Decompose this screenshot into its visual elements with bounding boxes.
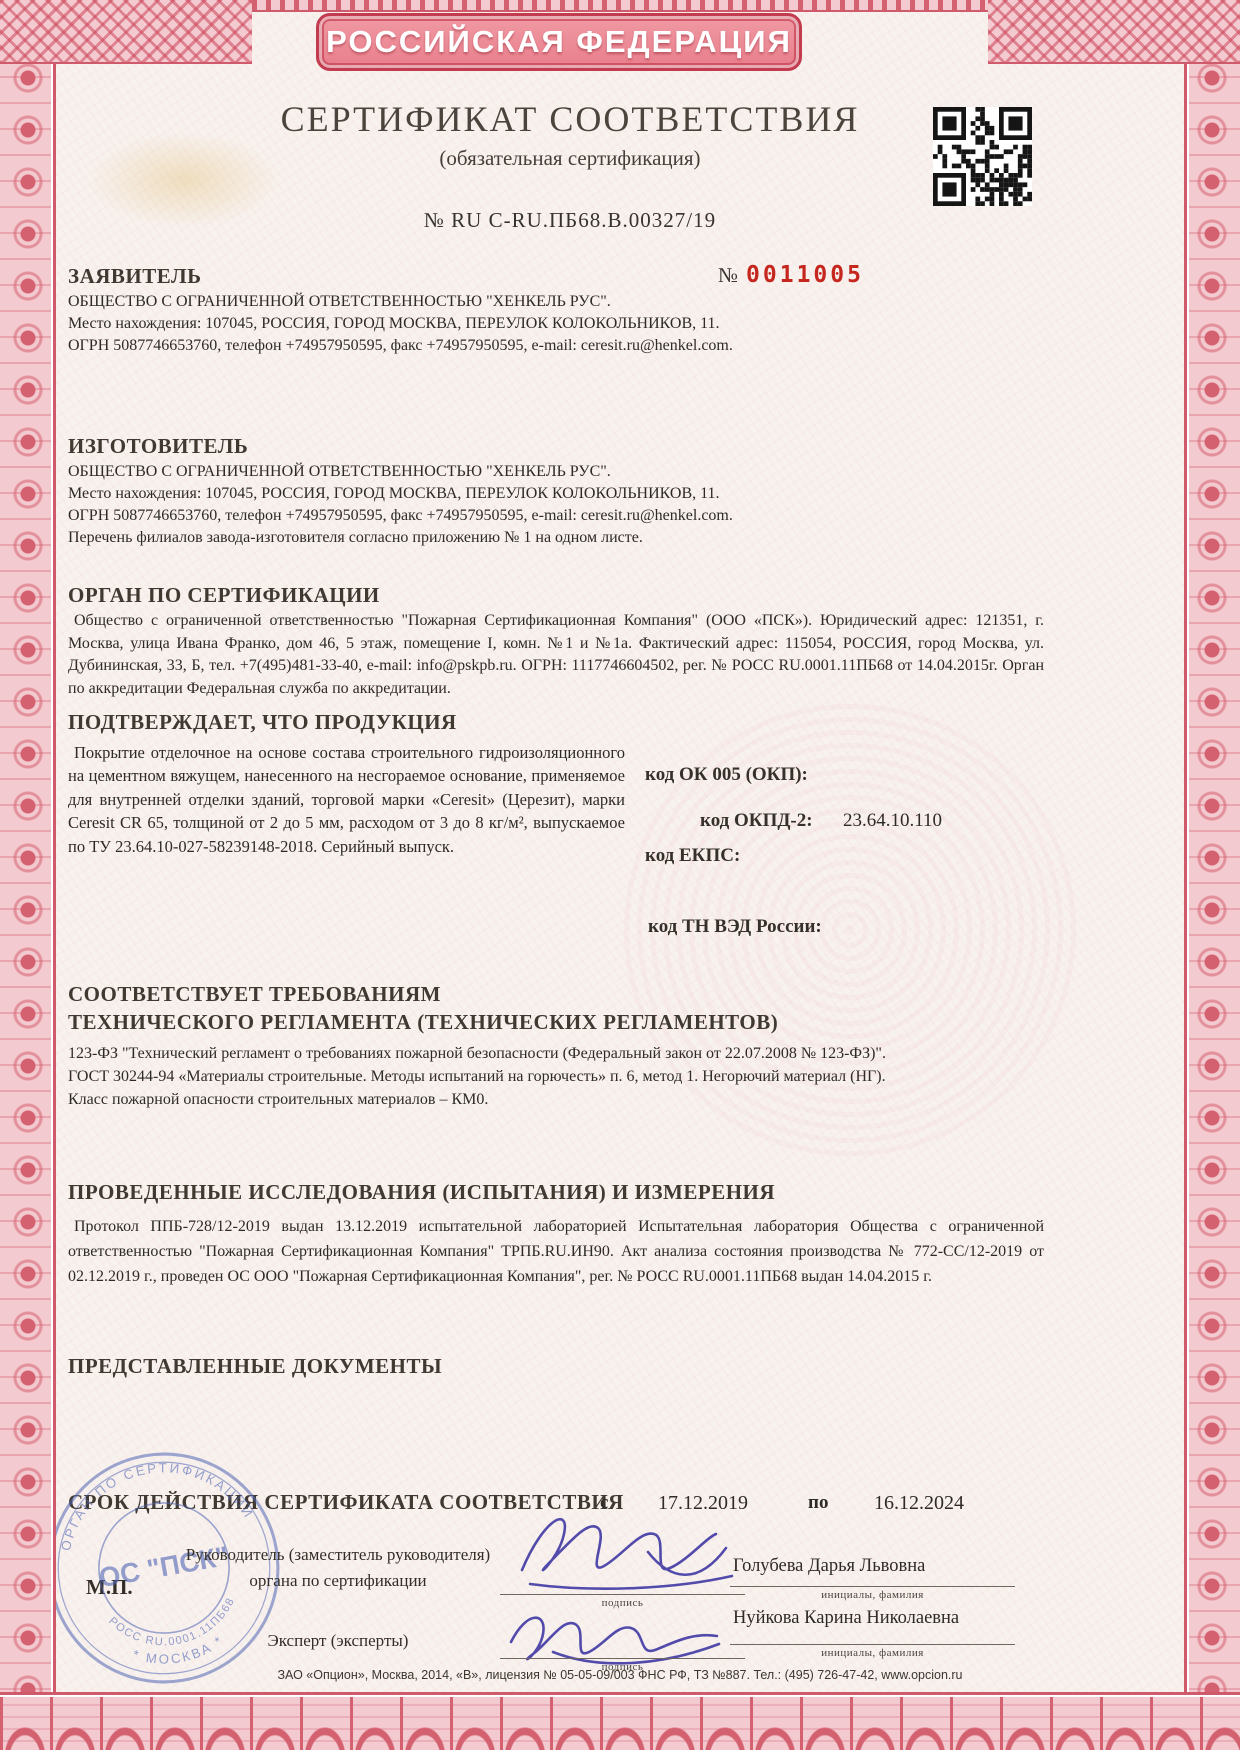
manufacturer-address-line: Место нахождения: 107045, РОССИЯ, ГОРОД … bbox=[68, 483, 733, 505]
code-okpd2-label: код ОКПД-2: bbox=[700, 810, 813, 832]
expert-name: Нуйкова Карина Николаевна bbox=[733, 1608, 959, 1629]
certificate-number: № RU C-RU.ПБ68.В.00327/19 bbox=[70, 208, 1070, 233]
validity-to-date: 16.12.2024 bbox=[874, 1492, 964, 1515]
applicant-name-line: ОБЩЕСТВО С ОГРАНИЧЕННОЙ ОТВЕТСТВЕННОСТЬЮ… bbox=[68, 291, 733, 313]
qr-code bbox=[933, 107, 1032, 206]
applicant-heading: ЗАЯВИТЕЛЬ bbox=[68, 264, 202, 289]
product-heading: ПОДТВЕРЖДАЕТ, ЧТО ПРОДУКЦИЯ bbox=[68, 710, 457, 735]
country-banner: РОССИЙСКАЯ ФЕДЕРАЦИЯ bbox=[316, 13, 802, 71]
compliance-heading-2: ТЕХНИЧЕСКОГО РЕГЛАМЕНТА (ТЕХНИЧЕСКИХ РЕГ… bbox=[68, 1010, 778, 1035]
border-ornament-right bbox=[1184, 0, 1240, 1754]
printer-footer: ЗАО «Опцион», Москва, 2014, «В», лицензи… bbox=[120, 1668, 1120, 1682]
code-tnved-label: код ТН ВЭД России: bbox=[648, 916, 822, 938]
head-name: Голубева Дарья Львовна bbox=[733, 1556, 925, 1577]
applicant-details: ОБЩЕСТВО С ОГРАНИЧЕННОЙ ОТВЕТСТВЕННОСТЬЮ… bbox=[68, 291, 733, 357]
compliance-class-line: Класс пожарной опасности строительных ма… bbox=[68, 1088, 1058, 1111]
head-signature-caption: подпись bbox=[500, 1597, 745, 1609]
code-ekps-label: код ЕКПС: bbox=[645, 845, 740, 867]
manufacturer-branches-line: Перечень филиалов завода-изготовителя со… bbox=[68, 527, 733, 549]
manufacturer-contacts-line: ОГРН 5087746653760, телефон +74957950595… bbox=[68, 505, 733, 527]
certificate-page: РОССИЙСКАЯ ФЕДЕРАЦИЯ СЕРТИФИКАТ СООТВЕТС… bbox=[0, 0, 1240, 1754]
code-okpd2-value: 23.64.10.110 bbox=[843, 810, 942, 832]
head-signature bbox=[500, 1492, 740, 1597]
border-ornament-top-right bbox=[988, 0, 1240, 64]
page-title: СЕРТИФИКАТ СООТВЕТСТВИЯ bbox=[70, 98, 1070, 140]
blank-number-prefix: № bbox=[718, 263, 738, 287]
validity-to-label: по bbox=[808, 1492, 828, 1514]
head-role-line1: Руководитель (заместитель руководителя) bbox=[168, 1542, 508, 1568]
expert-role: Эксперт (эксперты) bbox=[168, 1628, 508, 1654]
country-banner-label: РОССИЙСКАЯ ФЕДЕРАЦИЯ bbox=[326, 24, 792, 60]
cert-body-heading: ОРГАН ПО СЕРТИФИКАЦИИ bbox=[68, 583, 380, 608]
cert-body-text: Общество с ограниченной ответственностью… bbox=[68, 610, 1044, 700]
head-name-caption: инициалы, фамилия bbox=[730, 1589, 1015, 1601]
compliance-gost-line: ГОСТ 30244-94 «Материалы строительные. М… bbox=[68, 1065, 1058, 1088]
compliance-details: 123-ФЗ "Технический регламент о требован… bbox=[68, 1042, 1058, 1111]
expert-signature-line bbox=[500, 1658, 745, 1659]
border-ornament-bottom bbox=[0, 1692, 1240, 1754]
head-name-line bbox=[730, 1586, 1015, 1587]
head-signature-line bbox=[500, 1594, 745, 1595]
applicant-contacts-line: ОГРН 5087746653760, телефон +74957950595… bbox=[68, 335, 733, 357]
svg-text:ОРГАН ПО СЕРТИФИКАЦИИ: ОРГАН ПО СЕРТИФИКАЦИИ bbox=[46, 1444, 258, 1554]
product-description: Покрытие отделочное на основе состава ст… bbox=[68, 741, 625, 858]
documents-heading: ПРЕДСТАВЛЕННЫЕ ДОКУМЕНТЫ bbox=[68, 1354, 442, 1379]
border-ornament-top-left bbox=[0, 0, 252, 64]
head-role-line2: органа по сертификации bbox=[168, 1568, 508, 1594]
manufacturer-name-line: ОБЩЕСТВО С ОГРАНИЧЕННОЙ ОТВЕТСТВЕННОСТЬЮ… bbox=[68, 461, 733, 483]
expert-name-caption: инициалы, фамилия bbox=[730, 1647, 1015, 1659]
page-subtitle: (обязательная сертификация) bbox=[70, 146, 1070, 171]
compliance-heading-1: СООТВЕТСТВУЕТ ТРЕБОВАНИЯМ bbox=[68, 982, 441, 1007]
tests-text: Протокол ППБ-728/12-2019 выдан 13.12.201… bbox=[68, 1214, 1044, 1289]
tests-heading: ПРОВЕДЕННЫЕ ИССЛЕДОВАНИЯ (ИСПЫТАНИЯ) И И… bbox=[68, 1180, 775, 1205]
border-ornament-left bbox=[0, 0, 56, 1754]
applicant-address-line: Место нахождения: 107045, РОССИЯ, ГОРОД … bbox=[68, 313, 733, 335]
head-role: Руководитель (заместитель руководителя) … bbox=[168, 1542, 508, 1594]
manufacturer-heading: ИЗГОТОВИТЕЛЬ bbox=[68, 434, 248, 459]
compliance-law-line: 123-ФЗ "Технический регламент о требован… bbox=[68, 1042, 1058, 1065]
blank-number: №0011005 bbox=[718, 262, 864, 288]
blank-number-value: 0011005 bbox=[746, 262, 864, 288]
expert-name-line bbox=[730, 1644, 1015, 1645]
stamp-ring-top-text: ОРГАН ПО СЕРТИФИКАЦИИ bbox=[46, 1444, 258, 1554]
manufacturer-details: ОБЩЕСТВО С ОГРАНИЧЕННОЙ ОТВЕТСТВЕННОСТЬЮ… bbox=[68, 461, 733, 549]
code-okp-label: код ОК 005 (ОКП): bbox=[645, 764, 808, 786]
